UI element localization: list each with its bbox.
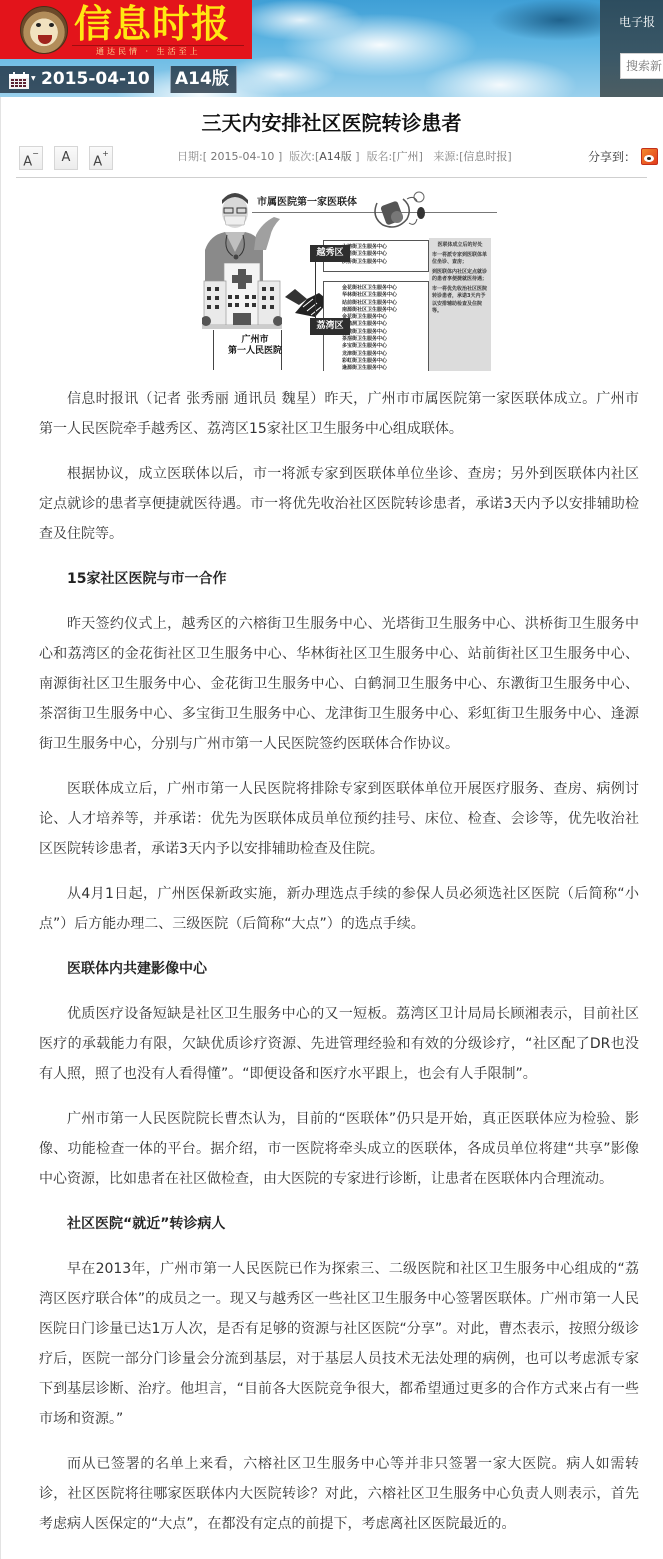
logo-title: 信息时报 (74, 4, 230, 44)
edition-selector[interactable]: A14版 (170, 66, 237, 93)
epaper-link[interactable]: 电子报 (619, 14, 655, 30)
search-input[interactable] (620, 53, 663, 79)
paragraph: 广州市第一人民医院院长曹杰认为，目前的“医联体”仍只是开始，真正医联体应为检验、… (39, 1104, 639, 1194)
current-date: 2015-04-10 (41, 68, 150, 91)
center-item: 白鹤洞卫生服务中心 (342, 321, 428, 328)
logo-divider (72, 45, 244, 46)
article-body: 信息时报讯（记者 张秀丽 通讯员 魏星）昨天，广州市市属医院第一家医联体成立。广… (39, 384, 639, 1554)
meta-section-value: 广州 (397, 150, 419, 163)
center-item: 站前街社区卫生服务中心 (342, 300, 428, 307)
section-heading: 社区医院“就近”转诊病人 (39, 1209, 639, 1239)
weibo-share-icon[interactable] (641, 148, 658, 165)
paragraph: 早在2013年，广州市第一人民医院已作为探索三、二级医院和社区卫生服务中心组成的… (39, 1254, 639, 1434)
district-label-liwan: 荔湾区 (310, 318, 350, 335)
logo-slogan: 通达民情 · 生活至上 (96, 47, 201, 57)
meta-date-value: 2015-04-10 (211, 150, 275, 163)
date-picker[interactable]: ▼ 2015-04-10 (0, 66, 154, 93)
section-heading: 医联体内共建影像中心 (39, 954, 639, 984)
meta-section-close: ] (419, 150, 423, 163)
section-heading: 15家社区医院与市一合作 (39, 564, 639, 594)
font-decrease-label: A (23, 154, 32, 169)
paragraph: 优质医疗设备短缺是社区卫生服务中心的又一短板。荔湾区卫计局局长顾湘表示，目前社区… (39, 999, 639, 1089)
share-label: 分享到： (588, 149, 636, 165)
minus-icon: − (32, 149, 39, 158)
article-infographic[interactable]: 市属医院第一家医联体 (197, 185, 497, 371)
center-item: 洪桥街卫生服务中心 (342, 259, 428, 266)
font-increase-label: A (93, 154, 102, 169)
article-title: 三天内安排社区医院转诊患者 (0, 110, 663, 136)
article-meta: 日期:[ 2015-04-10 ] 版次:[A14版 ] 版名:[广州] 来源:… (177, 149, 512, 165)
center-item: 龙津街卫生服务中心 (342, 351, 428, 358)
paragraph: 而从已签署的名单上来看，六榕社区卫生服务中心等并非只签署一家大医院。病人如需转诊… (39, 1449, 639, 1539)
lion-mascot-icon (20, 6, 68, 54)
benefits-title: 医联体成立后的好处 (432, 242, 488, 250)
doctor-raised-hand-icon (252, 215, 282, 250)
header-divider (16, 177, 647, 178)
header-right-panel: 电子报 (600, 0, 663, 97)
hospital-building-icon (202, 263, 282, 331)
hospital-caption-name: 第一人民医院 (225, 346, 285, 357)
center-item: 多宝街卫生服务中心 (342, 343, 428, 350)
blood-pressure-monitor-icon (369, 189, 431, 231)
page-frame-border (0, 97, 1, 1559)
font-increase-button[interactable]: A+ (89, 146, 113, 170)
font-normal-label: A (62, 150, 71, 165)
plus-icon: + (102, 149, 109, 158)
infographic-title: 市属医院第一家医联体 (257, 197, 357, 209)
center-item: 光塔街卫生服务中心 (342, 251, 428, 258)
meta-edition-label: 版次:[ (289, 150, 319, 163)
caption-bracket-left (213, 330, 214, 370)
benefit-item: 到医联体内社区定点就诊的患者享便捷就医待遇； (432, 269, 488, 284)
font-decrease-button[interactable]: A− (19, 146, 43, 170)
meta-source-label: 来源:[ (433, 150, 463, 163)
paragraph: 昨天签约仪式上，越秀区的六榕街卫生服务中心、光塔街卫生服务中心、洪桥街卫生服务中… (39, 609, 639, 759)
district-label-yuexiu: 越秀区 (310, 245, 350, 262)
meta-edition-close: ] (355, 150, 359, 163)
hospital-caption-city: 广州市 (225, 335, 285, 346)
meta-source-close: ] (507, 150, 511, 163)
calendar-icon (9, 72, 29, 89)
newspaper-logo[interactable]: 信息时报 通达民情 · 生活至上 (0, 0, 252, 59)
paragraph: 从4月1日起，广州医保新政实施，新办理选点手续的参保人员必须选社区医院（后简称“… (39, 879, 639, 939)
hospital-caption: 广州市 第一人民医院 (225, 335, 285, 357)
chevron-down-icon: ▼ (31, 75, 36, 82)
meta-date-label: 日期:[ (177, 150, 207, 163)
paragraph: 根据协议，成立医联体以后，市一将派专家到医联体单位坐诊、查房；另外到医联体内社区… (39, 459, 639, 549)
center-item: 逢源街卫生服务中心 (342, 365, 428, 372)
benefit-item: 市一将派专家到医联体单位坐诊、查房； (432, 252, 488, 267)
meta-source-value: 信息时报 (463, 150, 507, 163)
center-item: 华林街社区卫生服务中心 (342, 292, 428, 299)
font-normal-button[interactable]: A (54, 146, 78, 170)
center-item: 东漖街卫生服务中心 (342, 329, 428, 336)
meta-edition-value: A14版 (319, 150, 352, 163)
benefit-item: 市一将优先收治社区医院转诊患者，承诺3天内予以安排辅助检查及住院等。 (432, 286, 488, 316)
benefits-panel: 医联体成立后的好处 市一将派专家到医联体单位坐诊、查房； 到医联体内社区定点就诊… (429, 238, 491, 371)
paragraph: 信息时报讯（记者 张秀丽 通讯员 魏星）昨天，广州市市属医院第一家医联体成立。广… (39, 384, 639, 444)
meta-section-label: 版名:[ (367, 150, 397, 163)
paragraph: 医联体成立后，广州市第一人民医院将排除专家到医联体单位开展医疗服务、查房、病例讨… (39, 774, 639, 864)
meta-date-close: ] (278, 150, 282, 163)
current-edition: A14版 (175, 68, 229, 91)
